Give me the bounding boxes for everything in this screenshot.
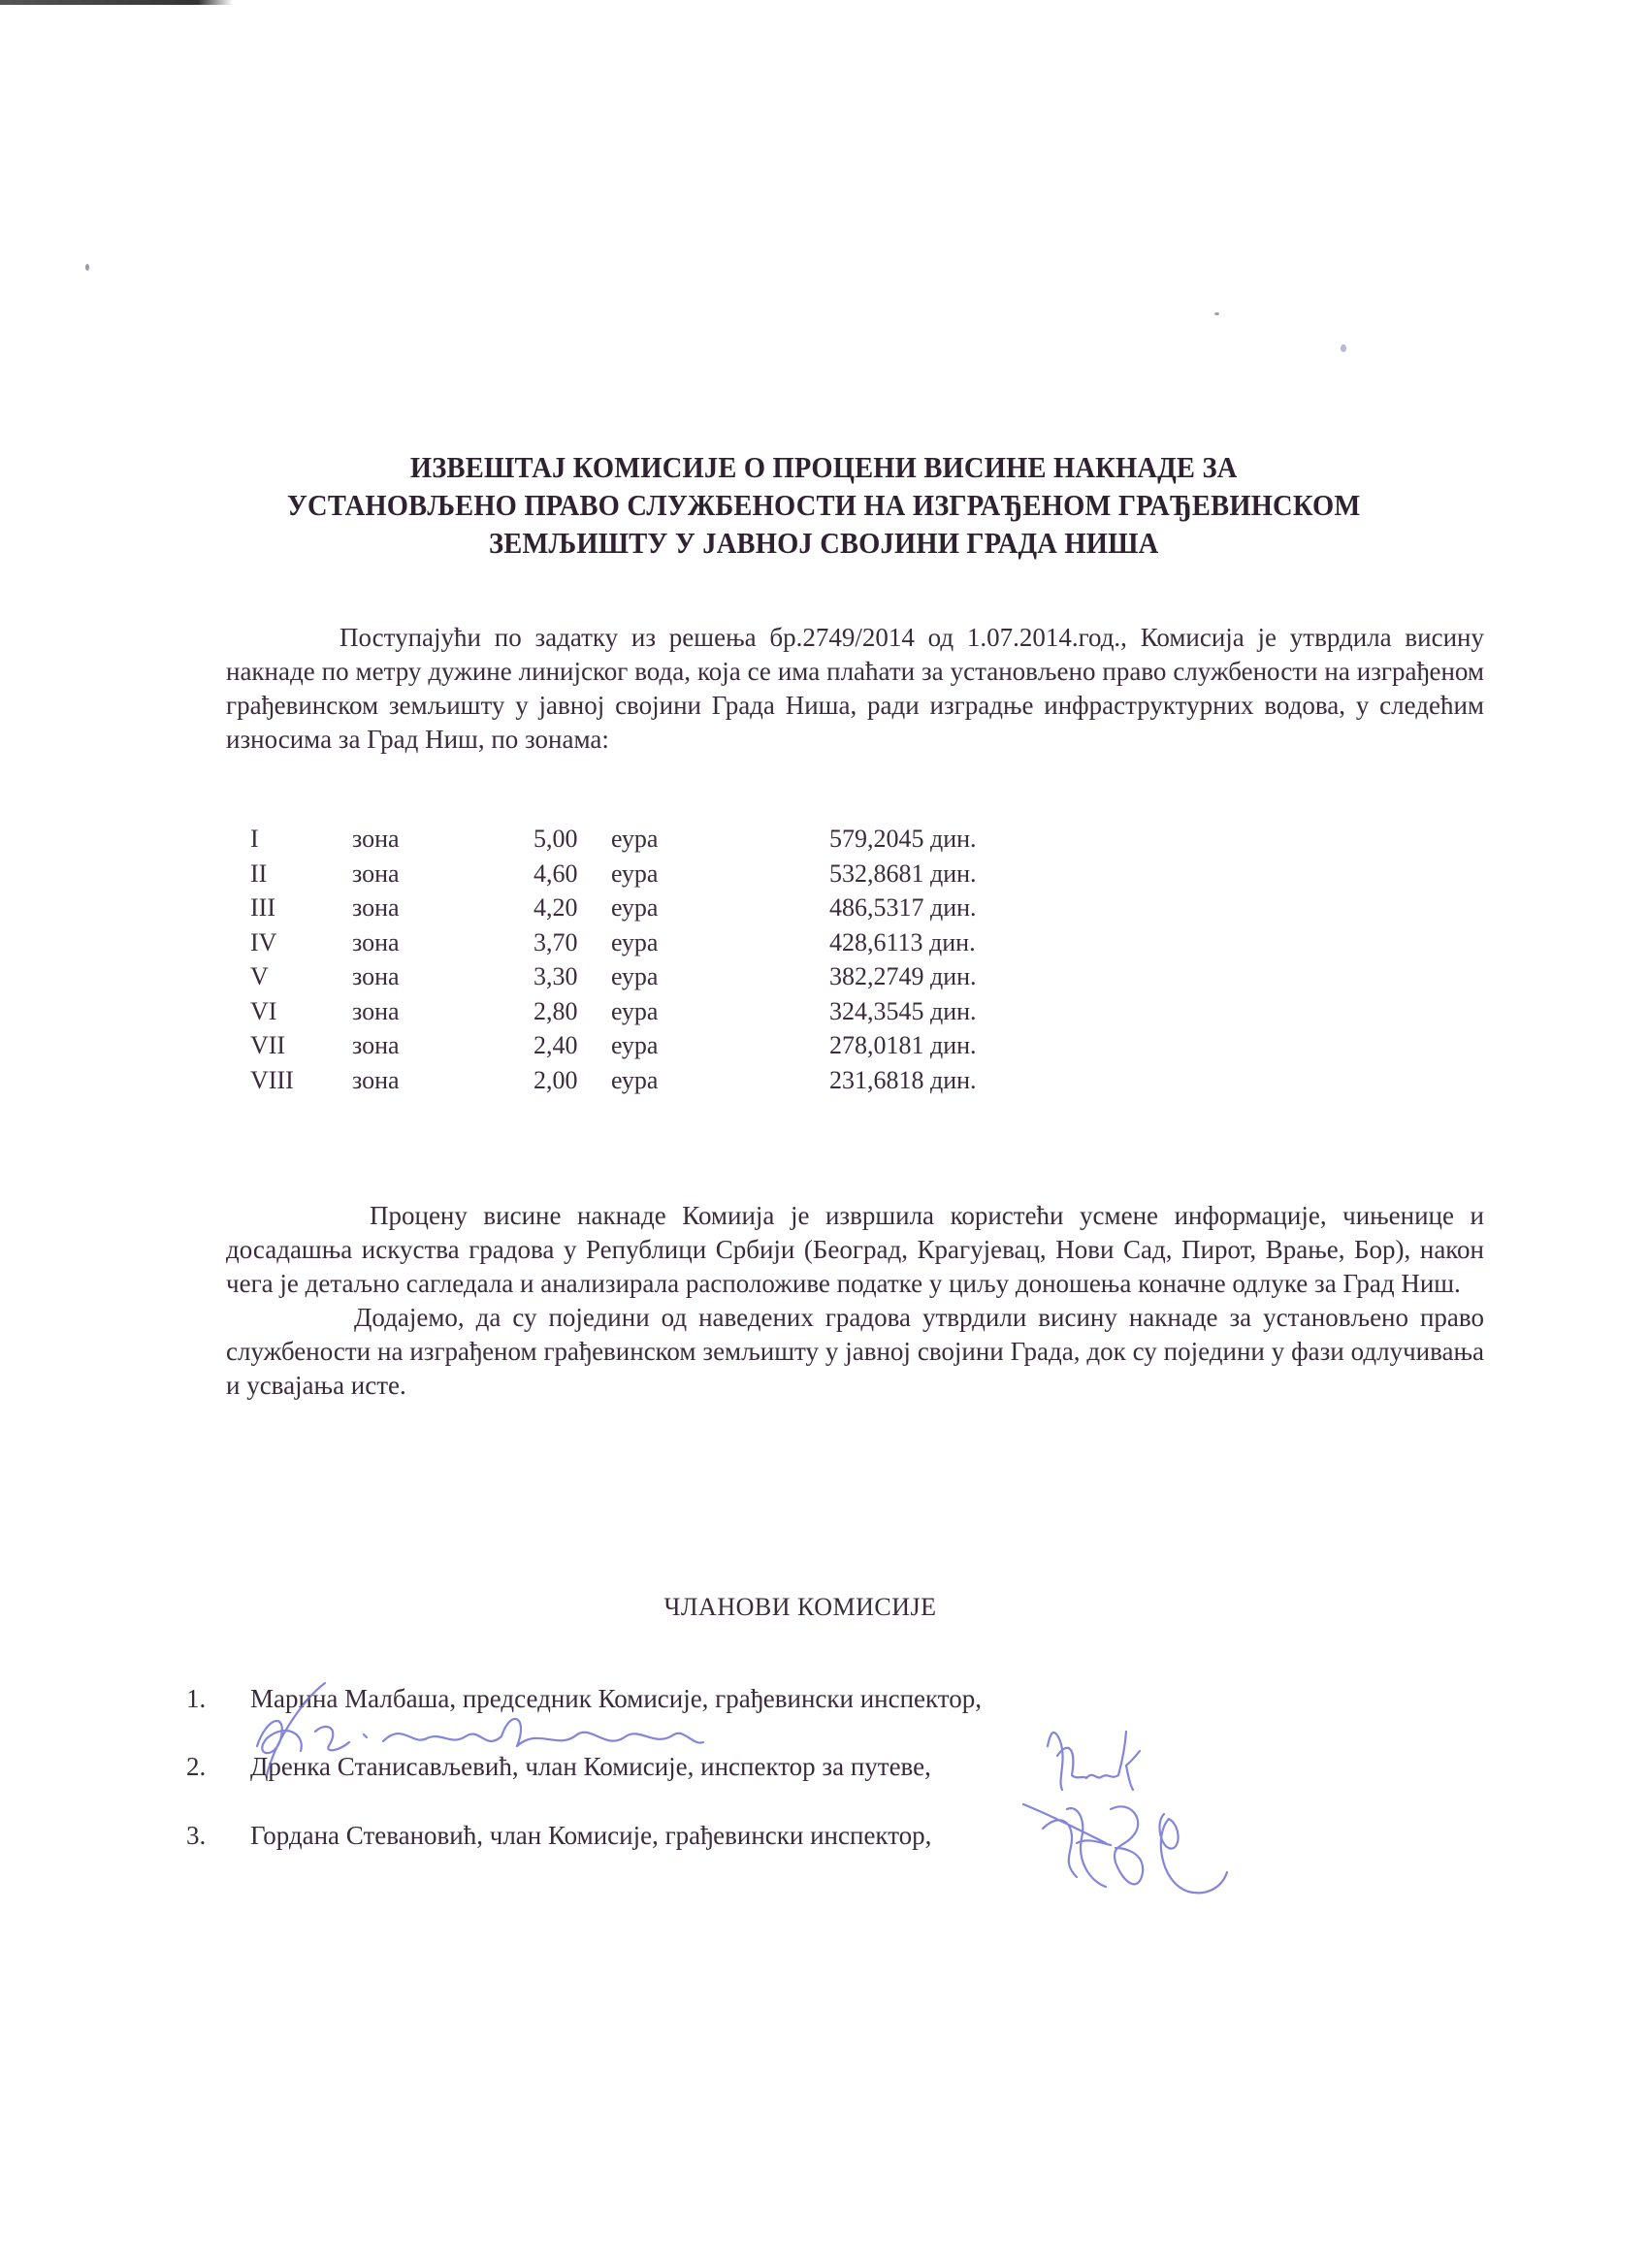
zone-roman-numeral: VI bbox=[250, 997, 276, 1026]
zone-din-amount: 382,2749 дин. bbox=[829, 962, 977, 991]
zone-roman-numeral: V bbox=[250, 962, 269, 991]
zone-eur-unit: еура bbox=[611, 825, 658, 854]
zone-roman-numeral: IV bbox=[250, 928, 276, 957]
zone-eur-amount: 2,40 bbox=[533, 1031, 578, 1060]
title-line-1: ИЗВЕШТАЈ КОМИСИЈЕ О ПРОЦЕНИ ВИСИНЕ НАКНА… bbox=[65, 448, 1582, 486]
zone-din-amount: 231,6818 дин. bbox=[829, 1066, 977, 1095]
member-text: Дренка Станисављевић, члан Комисије, инс… bbox=[250, 1752, 931, 1781]
zone-eur-unit: еура bbox=[611, 1031, 658, 1060]
zone-din-amount: 532,8681 дин. bbox=[829, 859, 977, 889]
zone-eur-amount: 3,30 bbox=[533, 962, 578, 991]
assessment-paragraph: Процену висине накнаде Комиија је изврши… bbox=[226, 1201, 1484, 1298]
document-title: ИЗВЕШТАЈ КОМИСИЈЕ О ПРОЦЕНИ ВИСИНЕ НАКНА… bbox=[65, 448, 1582, 562]
zone-din-amount: 278,0181 дин. bbox=[829, 1031, 977, 1060]
member-text: Гордана Стевановић, члан Комисије, грађе… bbox=[250, 1821, 931, 1850]
scan-edge-artifact bbox=[0, 0, 233, 5]
intro-paragraph-text: Поступајући по задатку из решења бр.2749… bbox=[226, 623, 1484, 754]
zone-label: зона bbox=[352, 962, 400, 991]
zone-roman-numeral: VIII bbox=[250, 1066, 294, 1095]
zone-label: зона bbox=[352, 1066, 400, 1095]
signature-3 bbox=[1018, 1795, 1232, 1901]
zone-eur-unit: еура bbox=[611, 1066, 658, 1095]
members-heading: ЧЛАНОВИ КОМИСИЈЕ bbox=[0, 1593, 1600, 1622]
scan-speck bbox=[1341, 344, 1346, 352]
addendum-paragraph: Додајемо, да су поједини од наведених гр… bbox=[226, 1303, 1484, 1400]
scan-speck bbox=[85, 264, 89, 271]
zone-eur-amount: 4,20 bbox=[533, 893, 578, 923]
zone-roman-numeral: VII bbox=[250, 1031, 285, 1060]
member-item: 1.Марина Малбаша, председник Комисије, г… bbox=[186, 1684, 982, 1714]
zone-din-amount: 428,6113 дин. bbox=[829, 928, 976, 957]
zone-label: зона bbox=[352, 859, 400, 889]
zone-eur-amount: 2,00 bbox=[533, 1066, 578, 1095]
zone-eur-unit: еура bbox=[611, 928, 658, 957]
zone-roman-numeral: II bbox=[250, 859, 267, 889]
scan-speck bbox=[1214, 312, 1219, 315]
zone-din-amount: 324,3545 дин. bbox=[829, 997, 977, 1026]
zone-eur-amount: 2,80 bbox=[533, 997, 578, 1026]
member-number: 1. bbox=[186, 1684, 250, 1714]
member-item: 2.Дренка Станисављевић, члан Комисије, и… bbox=[186, 1752, 931, 1782]
zone-label: зона bbox=[352, 1031, 400, 1060]
zone-din-amount: 486,5317 дин. bbox=[829, 893, 977, 923]
zone-label: зона bbox=[352, 893, 400, 923]
member-item: 3.Гордана Стевановић, члан Комисије, гра… bbox=[186, 1821, 931, 1851]
zone-roman-numeral: III bbox=[250, 893, 275, 923]
zone-label: зона bbox=[352, 997, 400, 1026]
zone-eur-amount: 4,60 bbox=[533, 859, 578, 889]
signature-2 bbox=[1043, 1722, 1149, 1809]
zone-label: зона bbox=[352, 825, 400, 854]
member-number: 3. bbox=[186, 1821, 250, 1851]
zone-eur-unit: еура bbox=[611, 893, 658, 923]
zone-eur-amount: 3,70 bbox=[533, 928, 578, 957]
zone-label: зона bbox=[352, 928, 400, 957]
zone-din-amount: 579,2045 дин. bbox=[829, 825, 977, 854]
member-text: Марина Малбаша, председник Комисије, гра… bbox=[250, 1684, 982, 1713]
title-line-2: УСТАНОВЉЕНО ПРАВО СЛУЖБЕНОСТИ НА ИЗГРАЂЕ… bbox=[65, 486, 1582, 524]
assessment-section: Процену висине накнаде Комиија је изврши… bbox=[226, 1199, 1484, 1403]
zone-eur-unit: еура bbox=[611, 997, 658, 1026]
title-line-3: ЗЕМЉИШТУ У ЈАВНОЈ СВОЈИНИ ГРАДА НИША bbox=[65, 524, 1582, 562]
zone-eur-unit: еура bbox=[611, 859, 658, 889]
intro-paragraph: Поступајући по задатку из решења бр.2749… bbox=[226, 621, 1484, 757]
zone-eur-unit: еура bbox=[611, 962, 658, 991]
member-number: 2. bbox=[186, 1752, 250, 1782]
zone-roman-numeral: I bbox=[250, 825, 259, 854]
zone-eur-amount: 5,00 bbox=[533, 825, 578, 854]
